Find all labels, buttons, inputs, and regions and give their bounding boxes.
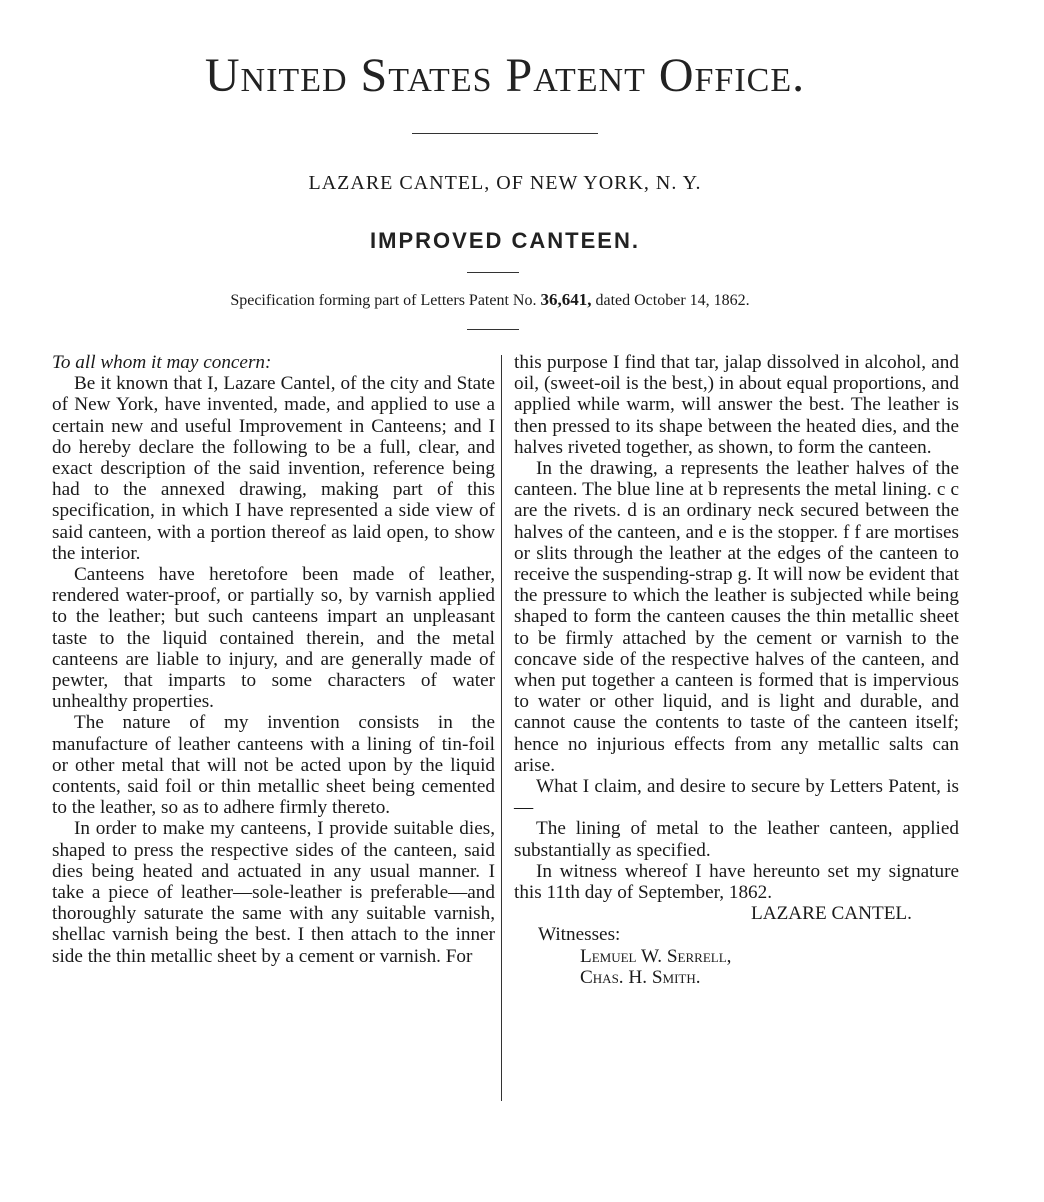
inventor-line: LAZARE CANTEL, OF NEW YORK, N. Y. [0,172,1010,195]
title-rule [467,272,519,273]
spec-date: dated October 14, 1862. [595,292,749,309]
right-column: this purpose I find that tar, jalap diss… [514,352,959,988]
column-divider [501,355,502,1101]
paragraph-1: Be it known that I, Lazare Cantel, of th… [52,373,495,564]
witnesses-label: Witnesses: [514,924,959,945]
claim-intro: What I claim, and desire to secure by Le… [514,776,959,818]
patent-number: 36,641, [540,290,591,309]
paragraph-3: The nature of my invention consists in t… [52,712,495,818]
paragraph-drawing: In the drawing, a represents the leather… [514,458,959,776]
patent-office-heading: United States Patent Office. [0,48,1010,103]
heading-rule [412,133,598,134]
witness-name: Lemuel W. Serrell, [514,946,959,967]
paragraph-4-continued: this purpose I find that tar, jalap diss… [514,352,959,458]
salutation: To all whom it may concern: [52,352,495,373]
spec-prefix: Specification forming part of Letters Pa… [230,292,536,309]
spec-rule [467,329,519,330]
specification-line: Specification forming part of Letters Pa… [0,290,980,310]
invention-title: IMPROVED CANTEEN. [0,228,1010,254]
witness-clause: In witness whereof I have hereunto set m… [514,861,959,903]
witness-name: Chas. H. Smith. [514,967,959,988]
paragraph-2: Canteens have heretofore been made of le… [52,564,495,712]
claim-text: The lining of metal to the leather cante… [514,818,959,860]
paragraph-4: In order to make my canteens, I provide … [52,818,495,966]
inventor-signature: LAZARE CANTEL. [514,903,959,924]
left-column: To all whom it may concern: Be it known … [52,352,495,967]
